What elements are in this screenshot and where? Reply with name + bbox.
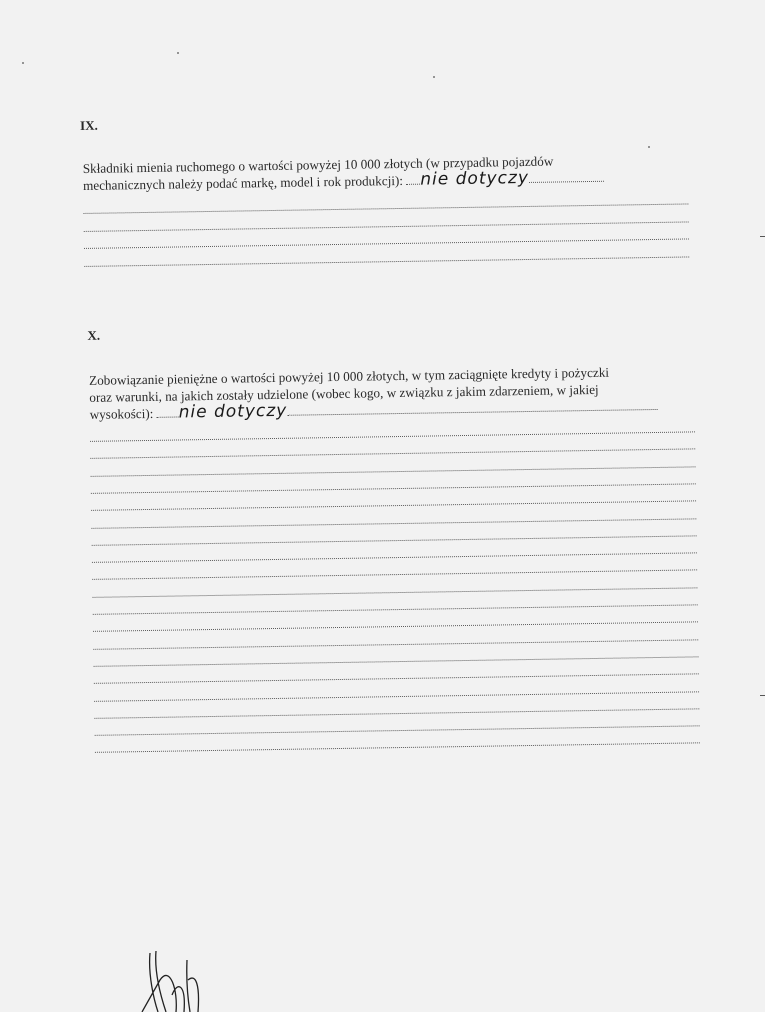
blank-answer-line [91, 466, 696, 477]
section-x-blank-lines [0, 0, 763, 1]
blank-answer-line [91, 518, 696, 529]
section-ix-prompt: mechanicznych należy podać markę, model … [83, 173, 407, 193]
blank-answer-line [91, 483, 696, 494]
scan-speck [648, 146, 650, 148]
blank-answer-line [93, 622, 698, 633]
blank-answer-line [84, 238, 689, 249]
section-x-answer: nie dotyczy [178, 401, 287, 423]
blank-answer-line [95, 725, 700, 736]
blank-answer-line [94, 691, 699, 702]
blank-answer-line [91, 501, 696, 512]
blank-answer-line [90, 449, 695, 460]
section-ix-heading: IX. [80, 118, 98, 134]
blank-answer-line [84, 256, 689, 267]
section-x-prompt: wysokości): [90, 406, 157, 422]
blank-answer-line [83, 203, 688, 214]
blank-answer-line [94, 656, 699, 667]
document-page: IX. Składniki mienia ruchomego o wartośc… [0, 0, 765, 1012]
blank-answer-line [93, 639, 698, 650]
blank-answer-line [90, 431, 695, 442]
scan-speck [433, 76, 435, 78]
blank-answer-line [93, 604, 698, 615]
signature-icon [130, 945, 210, 1012]
blank-answer-line [94, 674, 699, 685]
scan-edge-mark [760, 695, 765, 696]
blank-answer-line [92, 570, 697, 581]
blank-answer-line [95, 743, 700, 754]
section-x-heading: X. [87, 328, 100, 344]
section-ix-answer: nie dotyczy [420, 168, 529, 190]
blank-answer-line [92, 535, 697, 546]
blank-answer-line [92, 552, 697, 563]
scan-speck [177, 52, 179, 54]
section-ix-blank-lines [0, 0, 763, 1]
blank-answer-line [94, 708, 699, 719]
scan-edge-mark [760, 236, 765, 237]
scan-speck [22, 62, 24, 64]
blank-answer-line [92, 587, 697, 598]
blank-answer-line [84, 221, 689, 232]
